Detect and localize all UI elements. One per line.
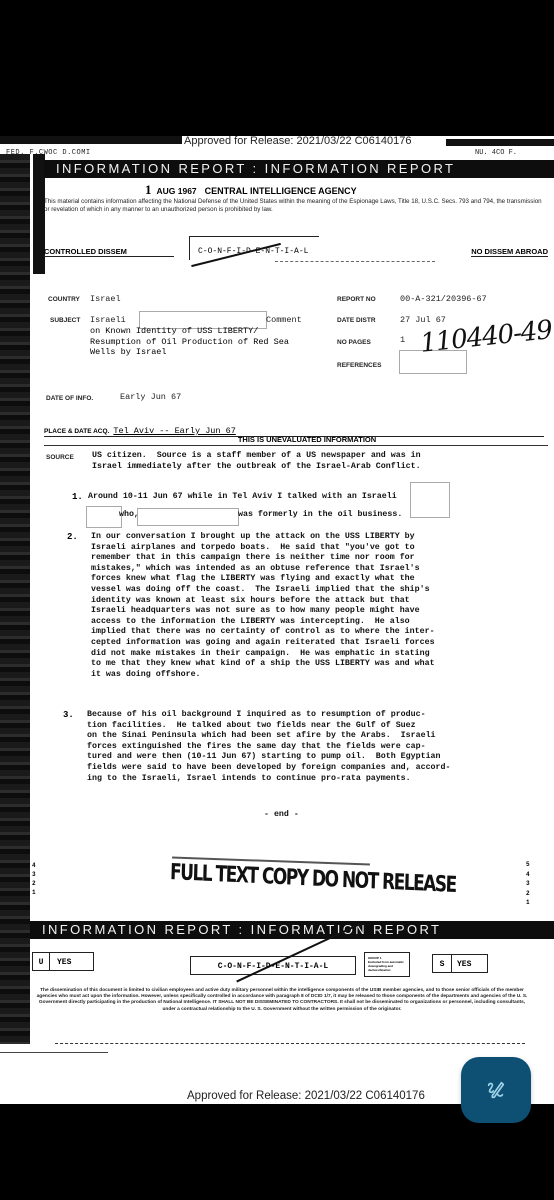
group-stamp-text: GROUP 1 Excluded from automatic downgrad…: [368, 956, 404, 972]
redaction-bar: [0, 136, 182, 144]
subject-value-line1: Israeli: [90, 315, 126, 325]
margin-numbers-left-text: 4 3 2 1: [32, 862, 36, 896]
group-stamp: GROUP 1 Excluded from automatic downgrad…: [364, 952, 410, 977]
divider: [55, 1043, 525, 1044]
bottom-classification-box: C-O-N-F-I-D-E-N-T-I-A-L: [190, 956, 356, 975]
information-report-banner: INFORMATION REPORT : INFORMATION REPORT: [44, 160, 554, 178]
place-date-acq-label: PLACE & DATE ACQ.: [44, 428, 109, 435]
paragraph-3-number: 3.: [63, 710, 74, 720]
redaction-bar: [446, 139, 554, 146]
report-no-label: REPORT NO: [337, 296, 376, 303]
approved-banner-top: Approved for Release: 2021/03/22 C061401…: [0, 136, 554, 150]
controlled-dissem-label: CONTROLLED DISSEM: [44, 247, 174, 257]
subject-value-line1-end: Comment: [266, 315, 302, 325]
references-label: REFERENCES: [337, 362, 381, 369]
divider: [275, 261, 435, 262]
s-value: YES: [457, 955, 471, 974]
source-text: US citizen. Source is a staff member of …: [92, 451, 421, 472]
paragraph-1-line2-b: was formerly in the oil business.: [238, 510, 402, 521]
document-page: Approved for Release: 2021/03/22 C061401…: [0, 136, 554, 1104]
date-stamp: AUG 1967: [157, 186, 197, 196]
dissemination-notice: The dissemination of this document is li…: [32, 988, 532, 1013]
paragraph-2-number: 2.: [67, 532, 78, 542]
redaction-box: [86, 506, 122, 528]
u-value: YES: [57, 953, 71, 972]
source-label: SOURCE: [46, 454, 74, 461]
annotate-fab-button[interactable]: [461, 1057, 531, 1123]
margin-numbers-left: 4 3 2 1: [32, 861, 36, 897]
end-marker: - end -: [264, 810, 299, 821]
fax-header-right: NU. 4CO F.: [475, 149, 517, 157]
paragraph-1-text: Around 10-11 Jun 67 while in Tel Aviv I …: [88, 492, 397, 503]
classification-box: C-O-N-F-I-D-E-N-T-I-A-L: [189, 236, 319, 260]
date-distr-label: DATE DISTR: [337, 317, 376, 324]
date-distr-value: 27 Jul 67: [400, 315, 446, 325]
espionage-notice: This material contains information affec…: [44, 198, 544, 214]
subject-value-rest: on Known Identity of USS LIBERTY/ Resump…: [90, 326, 289, 358]
information-report-banner-bottom: INFORMATION REPORT : INFORMATION REPORT: [30, 921, 554, 939]
divider: [44, 445, 548, 446]
divider: [0, 1052, 108, 1053]
country-label: COUNTRY: [48, 296, 80, 303]
date-of-info-label: DATE OF INFO.: [46, 395, 93, 402]
no-pages-label: NO PAGES: [337, 339, 371, 346]
u-box: U YES: [32, 952, 94, 971]
approved-for-release-text: Approved for Release: 2021/03/22 C061401…: [184, 136, 412, 147]
paragraph-2-text: In our conversation I brought up the att…: [91, 532, 435, 680]
date-of-info-value: Early Jun 67: [120, 392, 181, 402]
u-label: U: [33, 953, 50, 970]
report-no-value: 00-A-321/20396-67: [400, 294, 487, 304]
approved-for-release-text-bottom: Approved for Release: 2021/03/22 C061401…: [187, 1090, 425, 1102]
scan-edge-artifact: [0, 154, 30, 1044]
redaction-box: [137, 508, 239, 526]
subject-label: SUBJECT: [50, 317, 80, 324]
redaction-box: [410, 482, 450, 518]
date-stamp-day: 1: [145, 182, 152, 197]
agency-header: 1AUG 1967CENTRAL INTELLIGENCE AGENCY: [145, 182, 357, 198]
full-text-copy-stamp: FULL TEXT COPY DO NOT RELEASE: [170, 860, 456, 899]
paragraph-1-line2-a: who,: [119, 510, 139, 521]
draw-pen-icon: [485, 1079, 507, 1101]
unevaluated-notice: THIS IS UNEVALUATED INFORMATION: [0, 435, 554, 444]
paragraph-1-number: 1.: [72, 492, 83, 502]
s-box: S YES: [432, 954, 488, 973]
margin-numbers-right: 5 4 3 2 1: [526, 860, 530, 908]
agency-name: CENTRAL INTELLIGENCE AGENCY: [205, 186, 357, 196]
no-dissem-abroad-label: NO DISSEM ABROAD: [471, 247, 548, 257]
paragraph-3-text: Because of his oil background I inquired…: [87, 710, 450, 784]
country-value: Israel: [90, 294, 121, 304]
s-label: S: [433, 955, 452, 972]
margin-numbers-right-text: 5 4 3 2 1: [526, 861, 530, 906]
no-pages-value: 1: [400, 335, 405, 345]
